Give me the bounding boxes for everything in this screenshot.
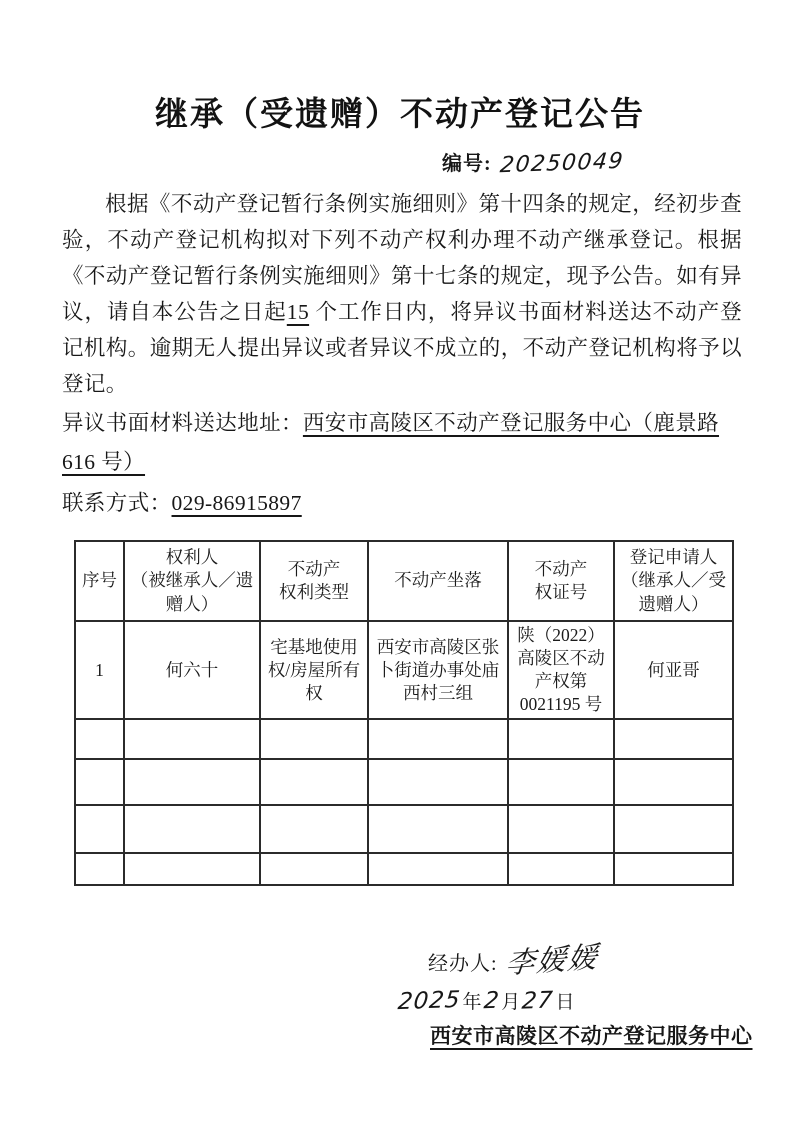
- header-right-type: 不动产 权利类型: [260, 541, 368, 621]
- date-year-unit: 年: [463, 992, 482, 1013]
- date-year-handwritten: 2025: [397, 987, 462, 1015]
- cell-rights-holder: 何六十: [124, 621, 260, 719]
- header-property-location: 不动产坐落: [368, 541, 508, 621]
- document-footer: 经办人:李媛媛 2025年2月27日 西安市高陵区不动产登记服务中心: [0, 938, 800, 1050]
- date-day-unit: 日: [556, 992, 575, 1013]
- cell-right-type: 宅基地使用 权/房屋所有 权: [260, 621, 368, 719]
- document-page: 继承（受遗赠）不动产登记公告 编号:20250049 根据《不动产登记暂行条例实…: [0, 0, 800, 1144]
- handler-signature-handwritten: 李媛媛: [503, 935, 600, 983]
- table-empty-row: [75, 759, 733, 805]
- handler-label: 经办人:: [428, 953, 498, 975]
- header-certificate-no: 不动产 权证号: [508, 541, 614, 621]
- date-month-unit: 月: [501, 992, 520, 1013]
- page-title: 继承（受遗赠）不动产登记公告: [0, 88, 800, 135]
- table-empty-row: [75, 805, 733, 853]
- objection-address-line: 异议书面材料送达地址：西安市高陵区不动产登记服务中心（鹿景路 616 号）: [62, 404, 742, 482]
- table-empty-row: [75, 853, 733, 885]
- date-line: 2025年2月27日: [396, 987, 800, 1014]
- registration-table: 序号 权利人 （被继承人／遗 赠人） 不动产 权利类型 不动产坐落 不动产 权证…: [74, 540, 734, 886]
- table-row: 1 何六十 宅基地使用 权/房屋所有 权 西安市高陵区张 卜街道办事处庙 西村三…: [75, 621, 733, 719]
- notice-days-underlined: 15: [287, 300, 309, 324]
- header-applicant: 登记申请人 （继承人／受 遗赠人）: [614, 541, 733, 621]
- cell-serial-no: 1: [75, 621, 124, 719]
- table-header-row: 序号 权利人 （被继承人／遗 赠人） 不动产 权利类型 不动产坐落 不动产 权证…: [75, 541, 733, 621]
- cell-property-location: 西安市高陵区张 卜街道办事处庙 西村三组: [368, 621, 508, 719]
- contact-phone-number: 029-86915897: [172, 491, 302, 515]
- contact-label: 联系方式：: [62, 491, 172, 515]
- table-empty-row: [75, 719, 733, 759]
- cell-certificate-no: 陕（2022） 高陵区不动 产权第 0021195 号: [508, 621, 614, 719]
- handler-line: 经办人:李媛媛: [428, 938, 800, 979]
- issuing-organization-name: 西安市高陵区不动产登记服务中心: [430, 1020, 753, 1050]
- header-serial-no: 序号: [75, 541, 124, 621]
- serial-label: 编号:: [442, 153, 492, 175]
- contact-line: 联系方式：029-86915897: [62, 484, 742, 523]
- serial-line: 编号:20250049: [442, 147, 800, 176]
- objection-address-label: 异议书面材料送达地址：: [62, 411, 303, 435]
- notice-paragraph: 根据《不动产登记暂行条例实施细则》第十四条的规定，经初步查验，不动产登记机构拟对…: [62, 186, 742, 402]
- date-month-handwritten: 2: [482, 988, 500, 1015]
- cell-applicant: 何亚哥: [614, 621, 733, 719]
- header-rights-holder: 权利人 （被继承人／遗 赠人）: [124, 541, 260, 621]
- date-day-handwritten: 27: [521, 988, 555, 1015]
- serial-number-handwritten: 20250049: [498, 149, 625, 178]
